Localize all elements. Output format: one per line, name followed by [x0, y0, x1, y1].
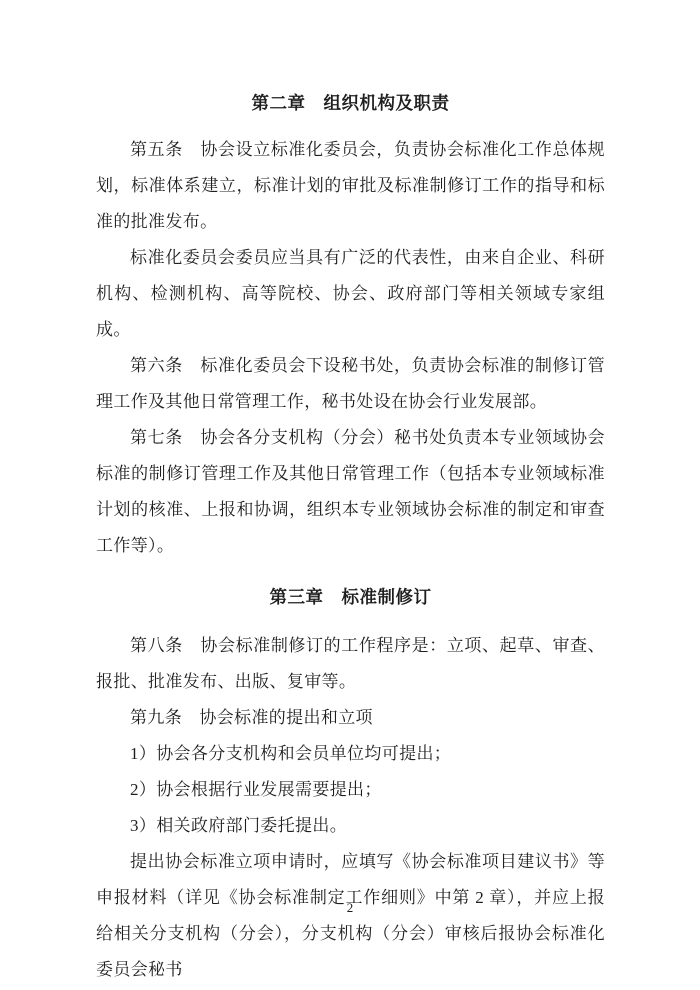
- list-item-1: 1）协会各分支机构和会员单位均可提出；: [96, 736, 605, 772]
- paragraph-committee-members: 标准化委员会委员应当具有广泛的代表性，由来自企业、科研机构、检测机构、高等院校、…: [96, 240, 605, 348]
- list-item-2: 2）协会根据行业发展需要提出；: [96, 772, 605, 808]
- chapter-2-heading: 第二章 组织机构及职责: [96, 85, 605, 121]
- paragraph-article-8: 第八条 协会标准制修订的工作程序是：立项、起草、审查、报批、批准发布、出版、复审…: [96, 628, 605, 700]
- list-item-3: 3）相关政府部门委托提出。: [96, 808, 605, 844]
- document-page: 第二章 组织机构及职责 第五条 协会设立标准化委员会，负责协会标准化工作总体规划…: [0, 0, 700, 990]
- paragraph-article-9: 第九条 协会标准的提出和立项: [96, 700, 605, 736]
- document-body: 第二章 组织机构及职责 第五条 协会设立标准化委员会，负责协会标准化工作总体规划…: [96, 85, 605, 988]
- chapter-3-heading: 第三章 标准制修订: [96, 579, 605, 615]
- page-number: 2: [0, 898, 700, 918]
- paragraph-article-7: 第七条 协会各分支机构（分会）秘书处负责本专业领域协会标准的制修订管理工作及其他…: [96, 420, 605, 564]
- paragraph-article-6: 第六条 标准化委员会下设秘书处，负责协会标准的制修订管理工作及其他日常管理工作，…: [96, 348, 605, 420]
- paragraph-article-5: 第五条 协会设立标准化委员会，负责协会标准化工作总体规划，标准体系建立，标准计划…: [96, 132, 605, 240]
